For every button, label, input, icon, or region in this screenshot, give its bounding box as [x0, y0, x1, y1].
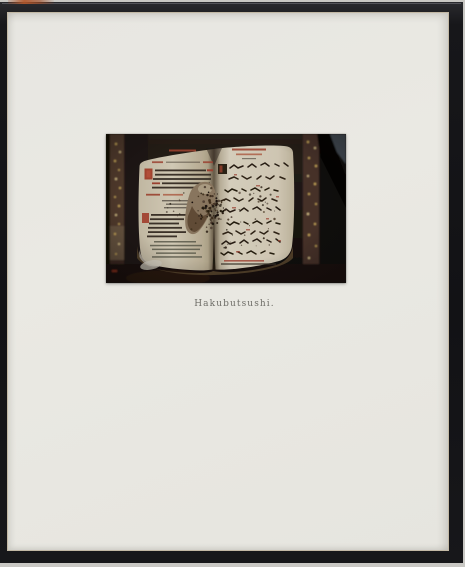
warm-cast-overlay	[106, 134, 346, 283]
photo-print	[106, 134, 346, 283]
artwork-caption: Hakubutsushi.	[8, 299, 448, 309]
frame-top-reflection	[8, 0, 54, 4]
picture-frame: Hakubutsushi.	[0, 2, 463, 563]
frame-highlight-line	[2, 3, 461, 4]
photo-artwork	[106, 134, 346, 283]
mat-board: Hakubutsushi.	[7, 12, 449, 551]
